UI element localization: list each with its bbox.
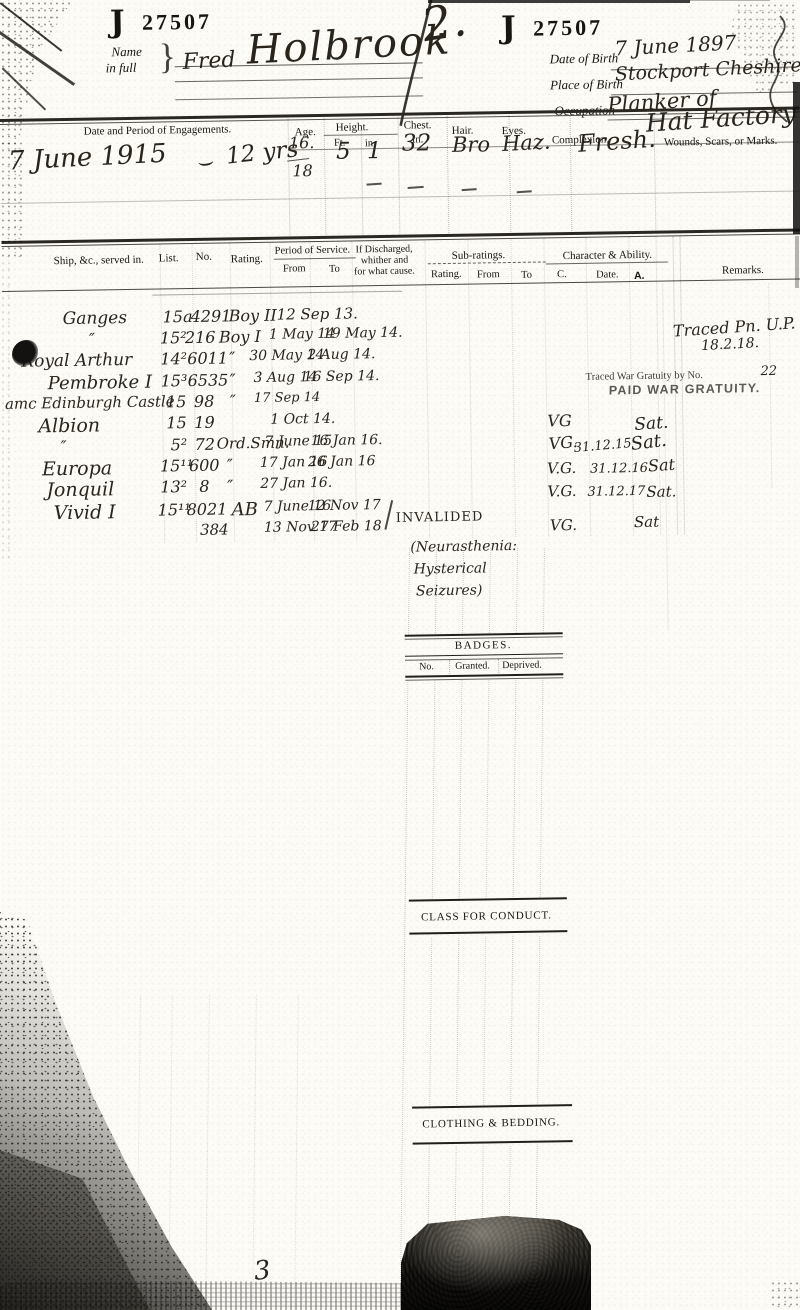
- ink-blot: [12, 340, 38, 366]
- scan-edge-line: [690, 0, 770, 1]
- bottom-smear: [0, 1280, 418, 1310]
- ink-stain: [401, 1212, 591, 1310]
- corner-noise: [0, 0, 95, 150]
- scan-noise: 3: [0, 0, 800, 1310]
- scanned-service-record: J 27507 J 27507 2. Name in full } Fred H…: [0, 0, 800, 1310]
- margin-note: 3: [252, 1255, 272, 1287]
- edge-bar: [795, 236, 799, 288]
- scan-edge-line: [428, 0, 690, 3]
- corner-noise: [770, 1280, 800, 1310]
- edge-noise: [0, 140, 22, 260]
- edge-noise: [0, 260, 14, 560]
- corner-pen-mark: [756, 12, 798, 124]
- edge-bar: [793, 82, 800, 234]
